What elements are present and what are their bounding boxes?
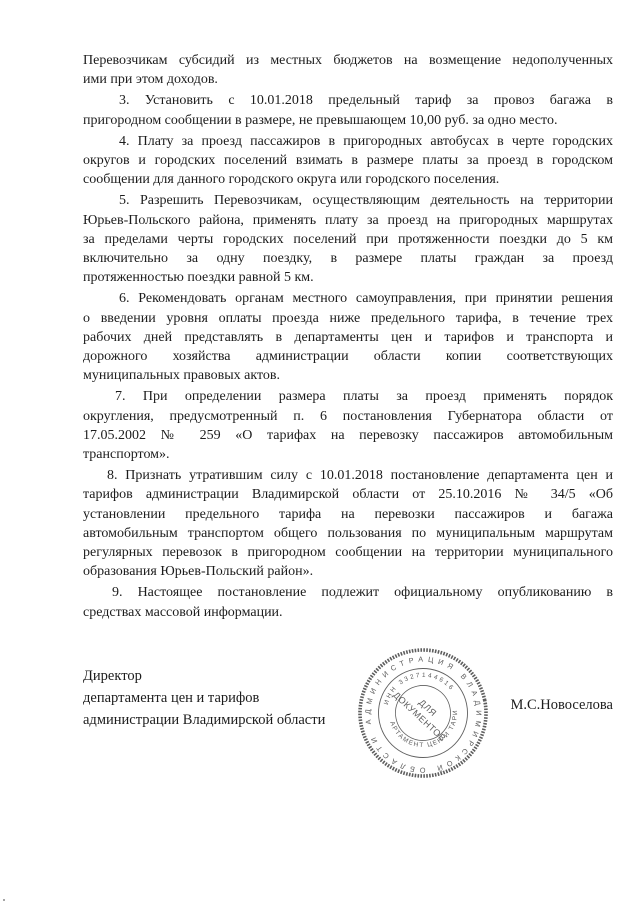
text-line: 8. Признать утратившим силу с 10.01.2018…: [83, 466, 613, 485]
signature-block: Директордепартамента цен и тарифовадмини…: [83, 666, 613, 726]
text-line: тарифов администрации Владимирской облас…: [83, 485, 613, 504]
text-line: пригородном сообщении в размере, не прев…: [83, 111, 613, 130]
paragraph: Перевозчикам субсидий из местных бюджето…: [83, 51, 613, 89]
paragraph: 6. Рекомендовать органам местного самоуп…: [83, 289, 613, 385]
paragraph: 8. Признать утратившим силу с 10.01.2018…: [83, 466, 613, 581]
text-line: образования Юрьев-Польский район».: [83, 562, 613, 581]
text-line: 9. Настоящее постановление подлежит офиц…: [83, 583, 613, 602]
paragraph: 7. При определении размера платы за прое…: [83, 387, 613, 464]
text-line: муниципальных правовых актов.: [83, 366, 613, 385]
text-line: Перевозчикам субсидий из местных бюджето…: [83, 51, 613, 70]
text-line: средствах массовой информации.: [83, 603, 613, 622]
text-line: Юрьев-Польского района, применять плату …: [83, 211, 613, 230]
signatory-name: М.С.Новоселова: [510, 697, 613, 714]
official-round-stamp: АДМИНИСТРАЦИЯ ВЛАДИМИРСКОЙ ОБЛАСТИ ИНН 3…: [353, 643, 493, 783]
text-line: сообщении для данного городского округа …: [83, 170, 613, 189]
text-line: включительно за одну поездку, в размере …: [83, 249, 613, 268]
stamp-content: АДМИНИСТРАЦИЯ ВЛАДИМИРСКОЙ ОБЛАСТИ ИНН 3…: [353, 643, 493, 783]
text-line: о введении уровня оплаты проезда ниже пр…: [83, 309, 613, 328]
paragraph: 4. Плату за проезд пассажиров в пригород…: [83, 132, 613, 190]
paragraph: 9. Настоящее постановление подлежит офиц…: [83, 583, 613, 621]
text-line: за пределами черты городских поселений п…: [83, 230, 613, 249]
paragraph: 5. Разрешить Перевозчикам, осуществляющи…: [83, 191, 613, 287]
text-line: дорожного хозяйства администрации област…: [83, 347, 613, 366]
text-line: установлении предельного тарифа на перев…: [83, 505, 613, 524]
text-line: округления, предусмотренный п. 6 постано…: [83, 407, 613, 426]
text-line: 7. При определении размера платы за прое…: [83, 387, 613, 406]
scan-artifact-dot: [3, 899, 5, 901]
text-line: протяженностью поездки равной 5 км.: [83, 268, 613, 287]
text-line: автомобильным транспортом общего пользов…: [83, 524, 613, 543]
paragraph: 3. Установить с 10.01.2018 предельный та…: [83, 91, 613, 129]
text-line: ими при этом доходов.: [83, 70, 613, 89]
signature-title-line: Директор: [83, 666, 613, 688]
text-line: 4. Плату за проезд пассажиров в пригород…: [83, 132, 613, 151]
text-line: 6. Рекомендовать органам местного самоуп…: [83, 289, 613, 308]
text-line: 3. Установить с 10.01.2018 предельный та…: [83, 91, 613, 110]
text-line: 5. Разрешить Перевозчикам, осуществляющи…: [83, 191, 613, 210]
document-body: Перевозчикам субсидий из местных бюджето…: [83, 51, 613, 622]
text-line: регулярных перевозок в пригородном сообщ…: [83, 543, 613, 562]
text-line: рабочих дней представлять в департаменты…: [83, 328, 613, 347]
text-line: 17.05.2002 № 259 «О тарифах на перевозку…: [83, 426, 613, 445]
text-line: округов и городских поселений взимать в …: [83, 151, 613, 170]
text-line: транспортом».: [83, 445, 613, 464]
scanned-document-page: Перевозчикам субсидий из местных бюджето…: [0, 0, 640, 905]
